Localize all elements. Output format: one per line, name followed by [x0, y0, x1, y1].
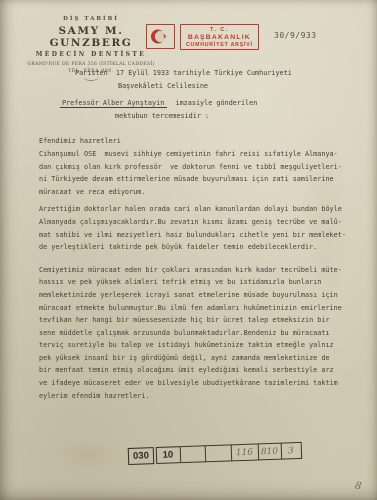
letter-body: Paristen 17 Eylül 1933 tarihiyle Türkiye…	[39, 67, 345, 402]
classification-stamp: 030 10 116 810 3	[128, 442, 302, 465]
body-line: bir menfaat temin etmiş olacağımı ümit e…	[39, 364, 345, 377]
sender-name-underlined: Prefessör Alber Aynştayin	[60, 99, 167, 108]
body-line: ni Türkiyede devam ettirmelerine müsade …	[39, 173, 345, 186]
subject-tail: imzasiyle gönderilen	[167, 99, 257, 107]
archive-stamp: T. C. BAŞBAKANLIK CUMHURİYET ARŞİVİ	[146, 24, 259, 50]
crescent-and-star-icon	[146, 24, 175, 49]
body-line: ve ifadeye mücaseret eder ve bilvesiyle …	[39, 377, 345, 390]
body-line: müracaat etmekte bulunmuştur.Bu ilmü fen…	[39, 302, 345, 315]
body-line: memleketinizde yerleşerek icrayi sanat e…	[39, 289, 345, 302]
paragraph-1: Cihanşumul OSE musevi sihhiye cemiyetini…	[39, 148, 345, 198]
body-line: dan çıkmış olan kırk professör ve doktor…	[39, 161, 345, 174]
body-line: eylerim efendim hazretleri.	[39, 390, 345, 403]
letterhead-profession: DİŞ TABİBİ	[26, 16, 156, 22]
paper-stain	[60, 440, 120, 470]
body-line: Arzettiğim doktorlar halen orada cari ol…	[39, 203, 345, 216]
date-stamp: 30/9/933	[274, 31, 317, 40]
body-line: Almanyada çalışmıyacaklardır.Bu zevatın …	[39, 216, 345, 229]
classification-cell: 10	[155, 446, 181, 464]
letter-heading-line1: Paristen 17 Eylül 1933 tarihiyle Türkiye…	[39, 67, 345, 80]
body-line: tevfikan her hangi bir müessesenizde hiç…	[39, 314, 345, 327]
body-line: terviç suretiyle bu talep ve istidayi hu…	[39, 339, 345, 352]
classification-cell: 030	[128, 447, 155, 465]
body-line: hassıs ve pek yüksek alimleri tefrik etm…	[39, 276, 345, 289]
letterhead-title: MÉDECİN DENTİSTE	[26, 51, 156, 58]
archive-stamp-line3: CUMHURİYET ARŞİVİ	[186, 42, 253, 48]
archive-stamp-line2: BAŞBAKANLIK	[186, 34, 253, 41]
classification-cell	[180, 445, 206, 463]
letterhead-name: SAMY M. GUNZBERG	[26, 25, 156, 49]
letter-subject-line: Prefessör Alber Aynştayin imzasiyle gönd…	[39, 97, 345, 110]
paragraph-3: Cemiyetimiz müracaat eden bir çokları ar…	[39, 264, 345, 403]
archive-stamp-text: T. C. BAŞBAKANLIK CUMHURİYET ARŞİVİ	[180, 24, 259, 50]
body-line: Cemiyetimiz müracaat eden bir çokları ar…	[39, 264, 345, 277]
archive-stamp-line1: T. C.	[186, 27, 253, 33]
paragraph-2: Arzettiğim doktorlar halen orada cari ol…	[39, 203, 345, 253]
letter-heading-line2: Başvekâleti Celilesine	[39, 80, 345, 93]
body-line: sene müddetle çalışmak arzusunda bulunma…	[39, 327, 345, 340]
body-line: mat sahibi ve ilmi meziyetleri haiz bulu…	[39, 229, 345, 242]
classification-cell	[205, 444, 232, 462]
letter-subject-line2: mektubun tercemesidir :	[39, 110, 345, 123]
body-line: de yerleştikleri taktirde pek büyük faid…	[39, 241, 345, 254]
classification-cell: 3	[281, 442, 302, 460]
body-line: Cihanşumul OSE musevi sihhiye cemiyetini…	[39, 148, 345, 161]
classification-cell: 810	[258, 443, 282, 461]
handwritten-page-number: 8	[354, 481, 362, 493]
body-line: pek yüksek insanî bir iş gördüğümü değil…	[39, 352, 345, 365]
salutation: Efendimiz hazretleri	[39, 135, 345, 148]
scanned-letter-page: DİŞ TABİBİ SAMY M. GUNZBERG MÉDECİN DENT…	[0, 0, 377, 500]
classification-cell: 116	[231, 443, 259, 461]
body-line: müracaat ve reca ediyorum.	[39, 186, 345, 199]
